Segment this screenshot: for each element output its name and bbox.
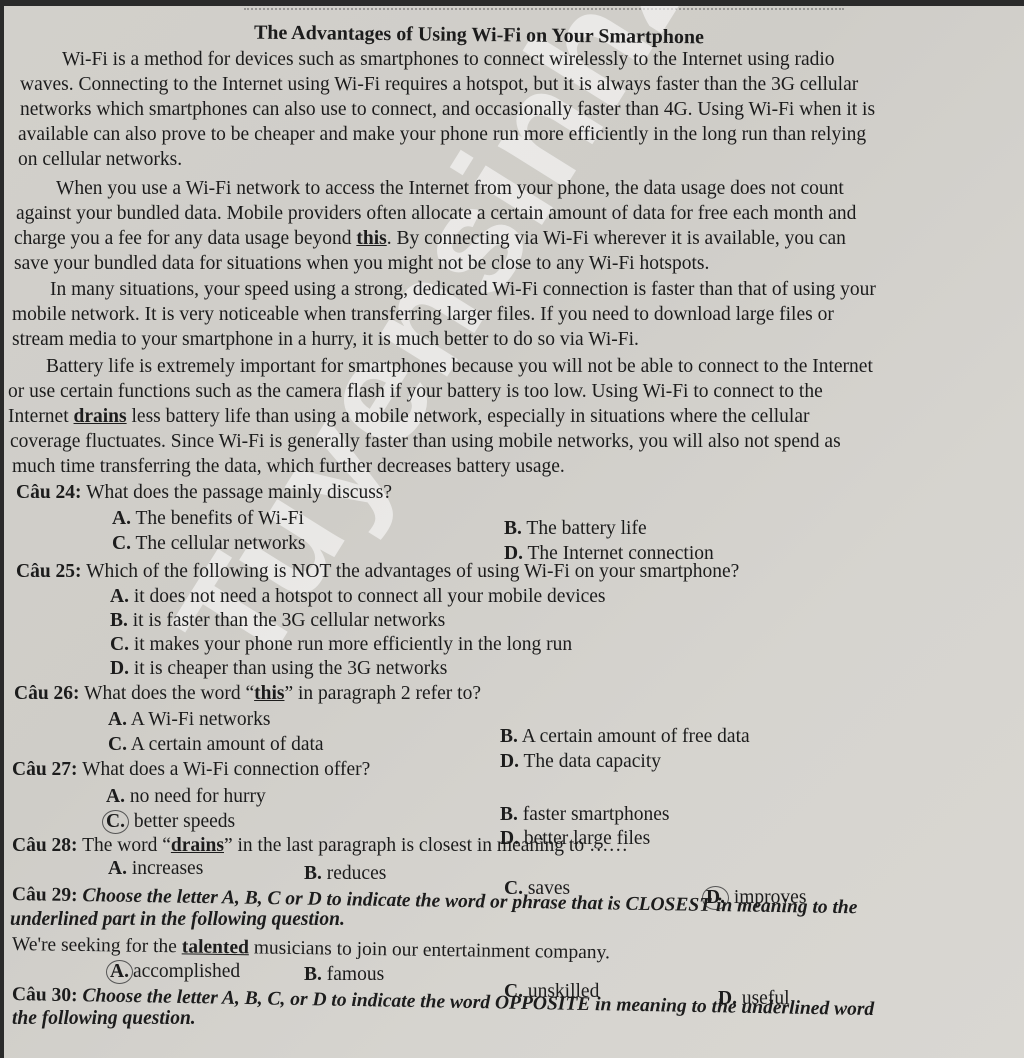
- question-26: Câu 26: What does the word “this” in par…: [14, 683, 481, 705]
- q24-option-b[interactable]: B. The battery life: [504, 518, 647, 540]
- paragraph-1-line-2: waves. Connecting to the Internet using …: [20, 74, 858, 96]
- underlined-word-this: this: [254, 683, 284, 704]
- paragraph-2-text: charge you a fee for any data usage beyo…: [14, 228, 356, 249]
- question-label: Câu 30:: [12, 984, 78, 1006]
- question-27: Câu 27: What does a Wi-Fi connection off…: [12, 759, 370, 781]
- paragraph-3-line-2: mobile network. It is very noticeable wh…: [12, 304, 834, 326]
- question-label: Câu 24:: [16, 482, 82, 503]
- paragraph-2-line-4: save your bundled data for situations wh…: [14, 253, 709, 275]
- exam-page: Tuyensinh247.com The Advantages of Using…: [4, 6, 1024, 1058]
- paragraph-1-line-1: Wi-Fi is a method for devices such as sm…: [62, 49, 1002, 71]
- page-edge-perforation: [244, 8, 844, 15]
- paragraph-4-line-4: coverage fluctuates. Since Wi-Fi is gene…: [10, 431, 841, 453]
- answer-circle-mark: C.: [102, 810, 129, 834]
- q27-option-a[interactable]: A. no need for hurry: [106, 786, 266, 808]
- q24-option-c[interactable]: C. The cellular networks: [112, 533, 306, 555]
- paragraph-4-line-3: Internet drains less battery life than u…: [8, 406, 809, 428]
- q26-option-b[interactable]: B. A certain amount of free data: [500, 726, 750, 748]
- question-29-instruction-line-2: underlined part in the following questio…: [10, 909, 345, 931]
- q27-option-c[interactable]: C. better speeds: [106, 810, 235, 834]
- underlined-word-drains: drains: [171, 835, 224, 856]
- question-text: What does a Wi-Fi connection offer?: [78, 759, 371, 780]
- paragraph-3-line-1: In many situations, your speed using a s…: [50, 279, 876, 301]
- paragraph-4-text: Internet: [8, 406, 74, 427]
- underlined-word-this: this: [356, 228, 386, 249]
- q27-option-b[interactable]: B. faster smartphones: [500, 804, 670, 826]
- paragraph-1-line-4: available can also prove to be cheaper a…: [18, 124, 866, 146]
- question-label: Câu 25:: [16, 561, 82, 582]
- question-24: Câu 24: What does the passage mainly dis…: [16, 482, 392, 504]
- question-text: Which of the following is NOT the advant…: [82, 561, 740, 582]
- question-label: Câu 29:: [12, 884, 78, 906]
- q28-option-a[interactable]: A. increases: [108, 858, 203, 880]
- q29-option-b[interactable]: B. famous: [304, 964, 384, 986]
- question-label: Câu 26:: [14, 683, 80, 704]
- question-25: Câu 25: Which of the following is NOT th…: [16, 561, 739, 583]
- paragraph-2-line-3: charge you a fee for any data usage beyo…: [14, 228, 846, 250]
- question-29-sentence: We're seeking for the talented musicians…: [12, 934, 610, 964]
- paragraph-4-text: less battery life than using a mobile ne…: [127, 406, 810, 427]
- q24-option-a[interactable]: A. The benefits of Wi-Fi: [112, 508, 304, 530]
- q26-option-a[interactable]: A. A Wi-Fi networks: [108, 709, 270, 731]
- passage-title: The Advantages of Using Wi-Fi on Your Sm…: [254, 22, 704, 49]
- paragraph-4-line-2: or use certain functions such as the cam…: [8, 381, 823, 403]
- q25-option-b[interactable]: B. it is faster than the 3G cellular net…: [110, 610, 445, 632]
- answer-circle-mark: A.: [106, 960, 133, 984]
- paragraph-3-line-3: stream media to your smartphone in a hur…: [12, 329, 639, 351]
- paragraph-1-line-3: networks which smartphones can also use …: [20, 99, 875, 121]
- q25-option-c[interactable]: C. it makes your phone run more efficien…: [110, 634, 572, 656]
- q25-option-a[interactable]: A. it does not need a hotspot to connect…: [110, 586, 606, 608]
- underlined-word-talented: talented: [182, 936, 249, 958]
- q29-option-a[interactable]: A.accomplished: [110, 960, 240, 984]
- question-label: Câu 28:: [12, 835, 78, 856]
- question-text: What does the passage mainly discuss?: [82, 482, 393, 503]
- paragraph-4-line-1: Battery life is extremely important for …: [46, 356, 873, 378]
- q28-option-b[interactable]: B. reduces: [304, 863, 386, 885]
- question-label: Câu 27:: [12, 759, 78, 780]
- q26-option-d[interactable]: D. The data capacity: [500, 751, 661, 773]
- q25-option-d[interactable]: D. it is cheaper than using the 3G netwo…: [110, 658, 447, 680]
- paragraph-2-line-1: When you use a Wi-Fi network to access t…: [56, 178, 844, 200]
- question-28: Câu 28: The word “drains” in the last pa…: [12, 835, 628, 857]
- question-30-instruction-line-2: the following question.: [12, 1008, 196, 1030]
- paragraph-2-line-2: against your bundled data. Mobile provid…: [16, 203, 856, 225]
- q26-option-c[interactable]: C. A certain amount of data: [108, 734, 324, 756]
- underlined-word-drains: drains: [74, 406, 127, 427]
- paragraph-4-line-5: much time transferring the data, which f…: [12, 456, 565, 478]
- paragraph-2-text: . By connecting via Wi-Fi wherever it is…: [387, 228, 846, 249]
- paragraph-1-line-5: on cellular networks.: [18, 149, 182, 171]
